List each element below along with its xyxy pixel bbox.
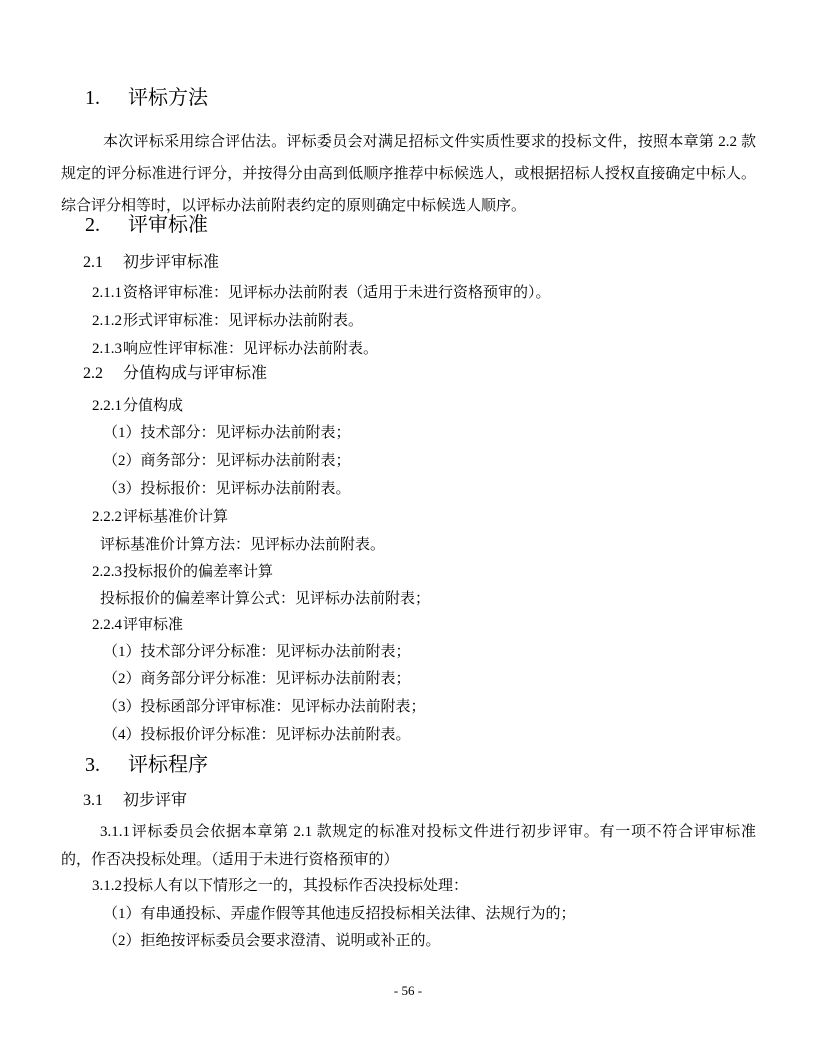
section-3-1-title: 初步评审	[123, 792, 187, 809]
section-2-2-number: 2.2	[83, 363, 123, 385]
item-2-1-2-number: 2.1.2	[92, 310, 122, 332]
item-2-1-2: 2.1.2形式评审标准：见评标办法前附表。	[92, 310, 363, 332]
section-1-number: 1.	[85, 85, 128, 111]
section-2-1-heading: 2.1初步评审标准	[83, 252, 219, 274]
item-2-2-4-number: 2.2.4	[92, 614, 122, 636]
document-page: 1.评标方法 本次评标采用综合评估法。评标委员会对满足招标文件实质性要求的投标文…	[0, 0, 816, 1056]
paragraph-3-1-2-text: 投标人有以下情形之一的，其投标作否决投标处理：	[123, 878, 468, 894]
section-1-heading: 1.评标方法	[85, 85, 208, 111]
item-2-2-4: 2.2.4评审标准	[92, 614, 183, 636]
section-3-heading: 3.评标程序	[85, 752, 208, 778]
section-2-1-title: 初步评审标准	[123, 254, 219, 271]
section-2-2-heading: 2.2分值构成与评审标准	[83, 363, 267, 385]
item-2-1-3-text: 响应性评审标准：见评标办法前附表。	[123, 341, 378, 357]
section-2-heading: 2.评审标准	[85, 212, 208, 238]
section-3-1-number: 3.1	[83, 790, 123, 812]
item-2-1-1-number: 2.1.1	[92, 282, 122, 304]
list-3-1-2-item-2: （2）拒绝按评标委员会要求澄清、说明或补正的。	[103, 930, 441, 952]
paragraph-2-2-3: 投标报价的偏差率计算公式：见评标办法前附表；	[100, 588, 430, 610]
paragraph-3-1-1-number: 3.1.1	[100, 818, 130, 846]
item-2-2-1-number: 2.2.1	[92, 395, 122, 417]
list-2-2-4-item-3: （3）投标函部分评审标准：见评标办法前附表；	[103, 696, 426, 718]
list-2-2-1-item-1: （1）技术部分：见评标办法前附表；	[103, 422, 351, 444]
paragraph-3-1-2: 3.1.2投标人有以下情形之一的，其投标作否决投标处理：	[92, 875, 468, 897]
item-2-2-4-text: 评审标准	[123, 617, 183, 633]
item-2-2-2-number: 2.2.2	[92, 506, 122, 528]
item-2-2-3: 2.2.3投标报价的偏差率计算	[92, 561, 273, 583]
item-2-1-1: 2.1.1资格评审标准：见评标办法前附表（适用于未进行资格预审的）。	[92, 282, 551, 304]
item-2-2-1-text: 分值构成	[123, 398, 183, 414]
paragraph-3-1-1: 3.1.1评标委员会依据本章第 2.1 款规定的标准对投标文件进行初步评审。有一…	[61, 818, 756, 874]
section-2-number: 2.	[85, 212, 128, 238]
paragraph-2-2-2: 评标基准价计算方法：见评标办法前附表。	[100, 534, 385, 556]
list-2-2-1-item-2: （2）商务部分：见评标办法前附表；	[103, 450, 351, 472]
paragraph-3-1-2-number: 3.1.2	[92, 875, 122, 897]
item-2-2-1: 2.2.1分值构成	[92, 395, 183, 417]
paragraph-3-1-1-text: 评标委员会依据本章第 2.1 款规定的标准对投标文件进行初步评审。有一项不符合评…	[61, 824, 756, 868]
section-2-title: 评审标准	[128, 214, 208, 236]
item-2-2-3-text: 投标报价的偏差率计算	[123, 564, 273, 580]
page-number: - 56 -	[0, 982, 816, 1000]
section-3-number: 3.	[85, 752, 128, 778]
section-2-1-number: 2.1	[83, 252, 123, 274]
item-2-2-3-number: 2.2.3	[92, 561, 122, 583]
section-1-title: 评标方法	[128, 87, 208, 109]
section-3-1-heading: 3.1初步评审	[83, 790, 187, 812]
list-2-2-4-item-4: （4）投标报价评分标准：见评标办法前附表。	[103, 724, 411, 746]
list-3-1-2-item-1: （1）有串通投标、弄虚作假等其他违反招投标相关法律、法规行为的；	[103, 903, 576, 925]
list-2-2-4-item-1: （1）技术部分评分标准：见评标办法前附表；	[103, 641, 411, 663]
section-2-2-title: 分值构成与评审标准	[123, 365, 267, 382]
list-2-2-4-item-2: （2）商务部分评分标准：见评标办法前附表；	[103, 668, 411, 690]
list-2-2-1-item-3: （3）投标报价：见评标办法前附表。	[103, 478, 351, 500]
item-2-1-2-text: 形式评审标准：见评标办法前附表。	[123, 313, 363, 329]
item-2-1-3: 2.1.3响应性评审标准：见评标办法前附表。	[92, 338, 378, 360]
section-3-title: 评标程序	[128, 754, 208, 776]
item-2-1-3-number: 2.1.3	[92, 338, 122, 360]
item-2-2-2-text: 评标基准价计算	[123, 509, 228, 525]
item-2-2-2: 2.2.2评标基准价计算	[92, 506, 228, 528]
section-1-paragraph: 本次评标采用综合评估法。评标委员会对满足招标文件实质性要求的投标文件，按照本章第…	[61, 126, 756, 222]
item-2-1-1-text: 资格评审标准：见评标办法前附表（适用于未进行资格预审的）。	[123, 285, 551, 301]
